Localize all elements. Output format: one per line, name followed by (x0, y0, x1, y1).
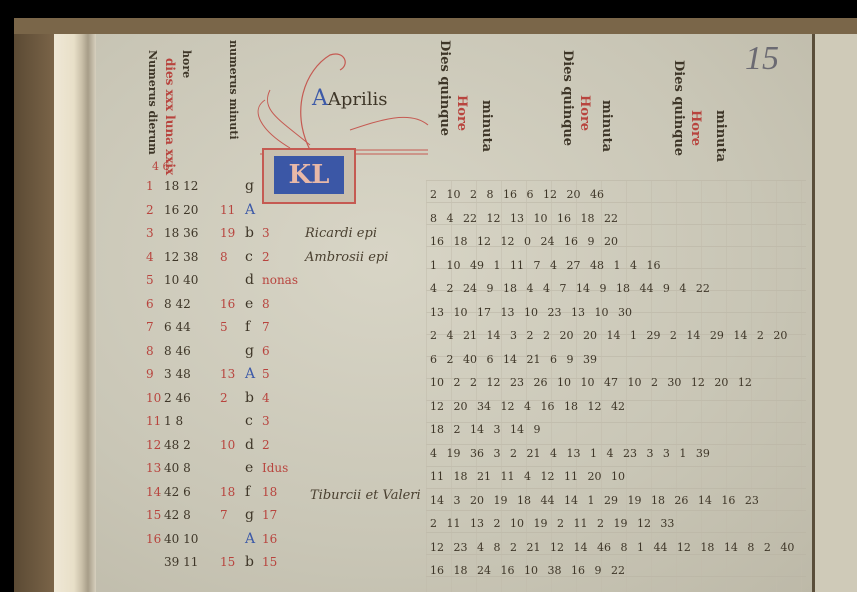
kalendar-mark: 2 (262, 246, 302, 270)
left-top-numbers: 4 6 (152, 160, 170, 173)
golden-number: 11 (220, 199, 240, 223)
day-number: 12 (146, 434, 162, 458)
day-number: 13 (146, 457, 162, 481)
facing-page-edge (815, 34, 857, 592)
table-row: 18 2 14 3 14 9 (430, 418, 800, 442)
header-dies-2: Dies quinque (561, 50, 574, 146)
lunation-value: 18 12 (164, 175, 214, 199)
header-hore-1: Hore (455, 95, 468, 131)
kalendar-marks-column: 3 2 nonas 8 7 6 5 4 3 2 Idus 18 17 16 15 (262, 175, 302, 575)
lunation-value: 39 11 (164, 551, 214, 575)
header-dies-3: Dies quinque (672, 60, 685, 156)
table-row: 2 11 13 2 10 19 2 11 2 19 12 33 (430, 512, 800, 536)
header-red-luna: dies xxx luna xxix (163, 58, 176, 175)
golden-number: 7 (220, 504, 240, 528)
book-binding-top (14, 18, 857, 34)
dominical-letter: c (245, 246, 259, 270)
dominical-letter: d (245, 269, 259, 293)
page-edges (54, 34, 96, 592)
day-number: 9 (146, 363, 162, 387)
kalendar-mark: nonas (262, 269, 302, 293)
lunation-value: 16 20 (164, 199, 214, 223)
day-number: 7 (146, 316, 162, 340)
table-row: 4 19 36 3 2 21 4 13 1 4 23 3 3 1 39 (430, 442, 800, 466)
kalendar-mark: 3 (262, 222, 302, 246)
table-row: 10 2 2 12 23 26 10 10 47 10 2 30 12 20 1… (430, 371, 800, 395)
dominical-letter: e (245, 457, 259, 481)
kalendar-mark (262, 175, 302, 199)
table-row: 8 4 22 12 13 10 16 18 22 (430, 207, 800, 231)
kalendar-mark (262, 199, 302, 223)
lunation-value: 40 10 (164, 528, 214, 552)
dominical-letter: A (245, 199, 259, 223)
saint-entry: Ricardi epi (305, 226, 377, 241)
table-row: 12 20 34 12 4 16 18 12 42 (430, 395, 800, 419)
day-number: 16 (146, 528, 162, 552)
table-row: 6 2 40 6 14 21 6 9 39 (430, 348, 800, 372)
golden-number: 19 (220, 222, 240, 246)
dominical-letter: g (245, 340, 259, 364)
table-row: 16 18 24 16 10 38 16 9 22 (430, 559, 800, 583)
day-number: 2 (146, 199, 162, 223)
lunation-value: 40 8 (164, 457, 214, 481)
header-minuta-3: minuta (714, 110, 727, 162)
table-row: 12 23 4 8 2 21 12 14 46 8 1 44 12 18 14 … (430, 536, 800, 560)
lunation-value: 12 38 (164, 246, 214, 270)
table-row: 16 18 12 12 0 24 16 9 20 (430, 230, 800, 254)
conjunction-table: 2 10 2 8 16 6 12 20 46 8 4 22 12 13 10 1… (430, 183, 800, 583)
lunation-column: 18 12 16 20 18 36 12 38 10 40 8 42 6 44 … (164, 175, 214, 575)
golden-number (220, 269, 240, 293)
kalendar-mark: 7 (262, 316, 302, 340)
dominical-letter: f (245, 316, 259, 340)
month-rubric: AAprilis (312, 86, 388, 111)
lunation-value: 18 36 (164, 222, 214, 246)
header-hore-3: Hore (689, 110, 702, 146)
lunation-value: 48 2 (164, 434, 214, 458)
dominical-letters-column: g A b c d e f g A b c d e f g A b (245, 175, 259, 575)
golden-number (220, 528, 240, 552)
dominical-letter: f (245, 481, 259, 505)
lunation-value: 8 42 (164, 293, 214, 317)
golden-number: 16 (220, 293, 240, 317)
golden-number (220, 410, 240, 434)
kalendar-mark: 8 (262, 293, 302, 317)
golden-number: 5 (220, 316, 240, 340)
lunation-value: 3 48 (164, 363, 214, 387)
dominical-letter: b (245, 387, 259, 411)
table-row: 14 3 20 19 18 44 14 1 29 19 18 26 14 16 … (430, 489, 800, 513)
lunation-value: 8 46 (164, 340, 214, 364)
kalendar-mark: 2 (262, 434, 302, 458)
dominical-letter: b (245, 551, 259, 575)
lunation-value: 42 8 (164, 504, 214, 528)
dominical-letter: A (245, 528, 259, 552)
kalendar-mark: Idus (262, 457, 302, 481)
lunation-value: 42 6 (164, 481, 214, 505)
day-numbers-column: 1 2 3 4 5 6 7 8 9 10 11 12 13 14 15 16 (146, 175, 162, 551)
day-number: 5 (146, 269, 162, 293)
golden-numbers-column: 11 19 8 16 5 13 2 10 18 7 15 (220, 175, 240, 575)
table-row: 1 10 49 1 11 7 4 27 48 1 4 16 (430, 254, 800, 278)
dominical-letter: e (245, 293, 259, 317)
table-row: 11 18 21 11 4 12 11 20 10 (430, 465, 800, 489)
day-number: 6 (146, 293, 162, 317)
day-number: 11 (146, 410, 162, 434)
day-number: 3 (146, 222, 162, 246)
saint-entry: Tiburcii et Valeri (310, 488, 421, 503)
saint-entry: Ambrosii epi (305, 250, 388, 265)
lunation-value: 6 44 (164, 316, 214, 340)
golden-number: 18 (220, 481, 240, 505)
dominical-letter: d (245, 434, 259, 458)
dominical-letter: A (245, 363, 259, 387)
day-number: 8 (146, 340, 162, 364)
table-row: 13 10 17 13 10 23 13 10 30 (430, 301, 800, 325)
golden-number (220, 340, 240, 364)
day-number: 4 (146, 246, 162, 270)
kalendar-mark: 17 (262, 504, 302, 528)
kalendar-mark: 5 (262, 363, 302, 387)
day-number: 15 (146, 504, 162, 528)
header-dies-1: Dies quinque (438, 40, 451, 136)
golden-number: 15 (220, 551, 240, 575)
golden-number: 2 (220, 387, 240, 411)
table-row: 2 4 21 14 3 2 2 20 20 14 1 29 2 14 29 14… (430, 324, 800, 348)
day-number: 1 (146, 175, 162, 199)
header-minuta-2: minuta (600, 100, 613, 152)
header-hore: hore (180, 50, 193, 78)
header-hore-2: Hore (578, 95, 591, 131)
dominical-letter: c (245, 410, 259, 434)
golden-number: 8 (220, 246, 240, 270)
kalendar-mark: 15 (262, 551, 302, 575)
lunation-value: 2 46 (164, 387, 214, 411)
lunation-value: 10 40 (164, 269, 214, 293)
kalendar-mark: 18 (262, 481, 302, 505)
kalendar-mark: 3 (262, 410, 302, 434)
dominical-letter: g (245, 175, 259, 199)
table-row: 2 10 2 8 16 6 12 20 46 (430, 183, 800, 207)
golden-number: 10 (220, 434, 240, 458)
table-row: 4 2 24 9 18 4 4 7 14 9 18 44 9 4 22 (430, 277, 800, 301)
day-number: 14 (146, 481, 162, 505)
dominical-letter: g (245, 504, 259, 528)
golden-number (220, 457, 240, 481)
lunation-value: 1 8 (164, 410, 214, 434)
header-numerus-dierum: Numerus dierum (146, 50, 159, 155)
kalendar-mark: 4 (262, 387, 302, 411)
kalendar-mark: 6 (262, 340, 302, 364)
folio-number: 15 (745, 40, 779, 78)
golden-number (220, 175, 240, 199)
golden-number: 13 (220, 363, 240, 387)
day-number: 10 (146, 387, 162, 411)
header-numerus-minuti: numerus minuti (227, 40, 240, 140)
kalendar-mark: 16 (262, 528, 302, 552)
dominical-letter: b (245, 222, 259, 246)
header-minuta-1: minuta (480, 100, 493, 152)
